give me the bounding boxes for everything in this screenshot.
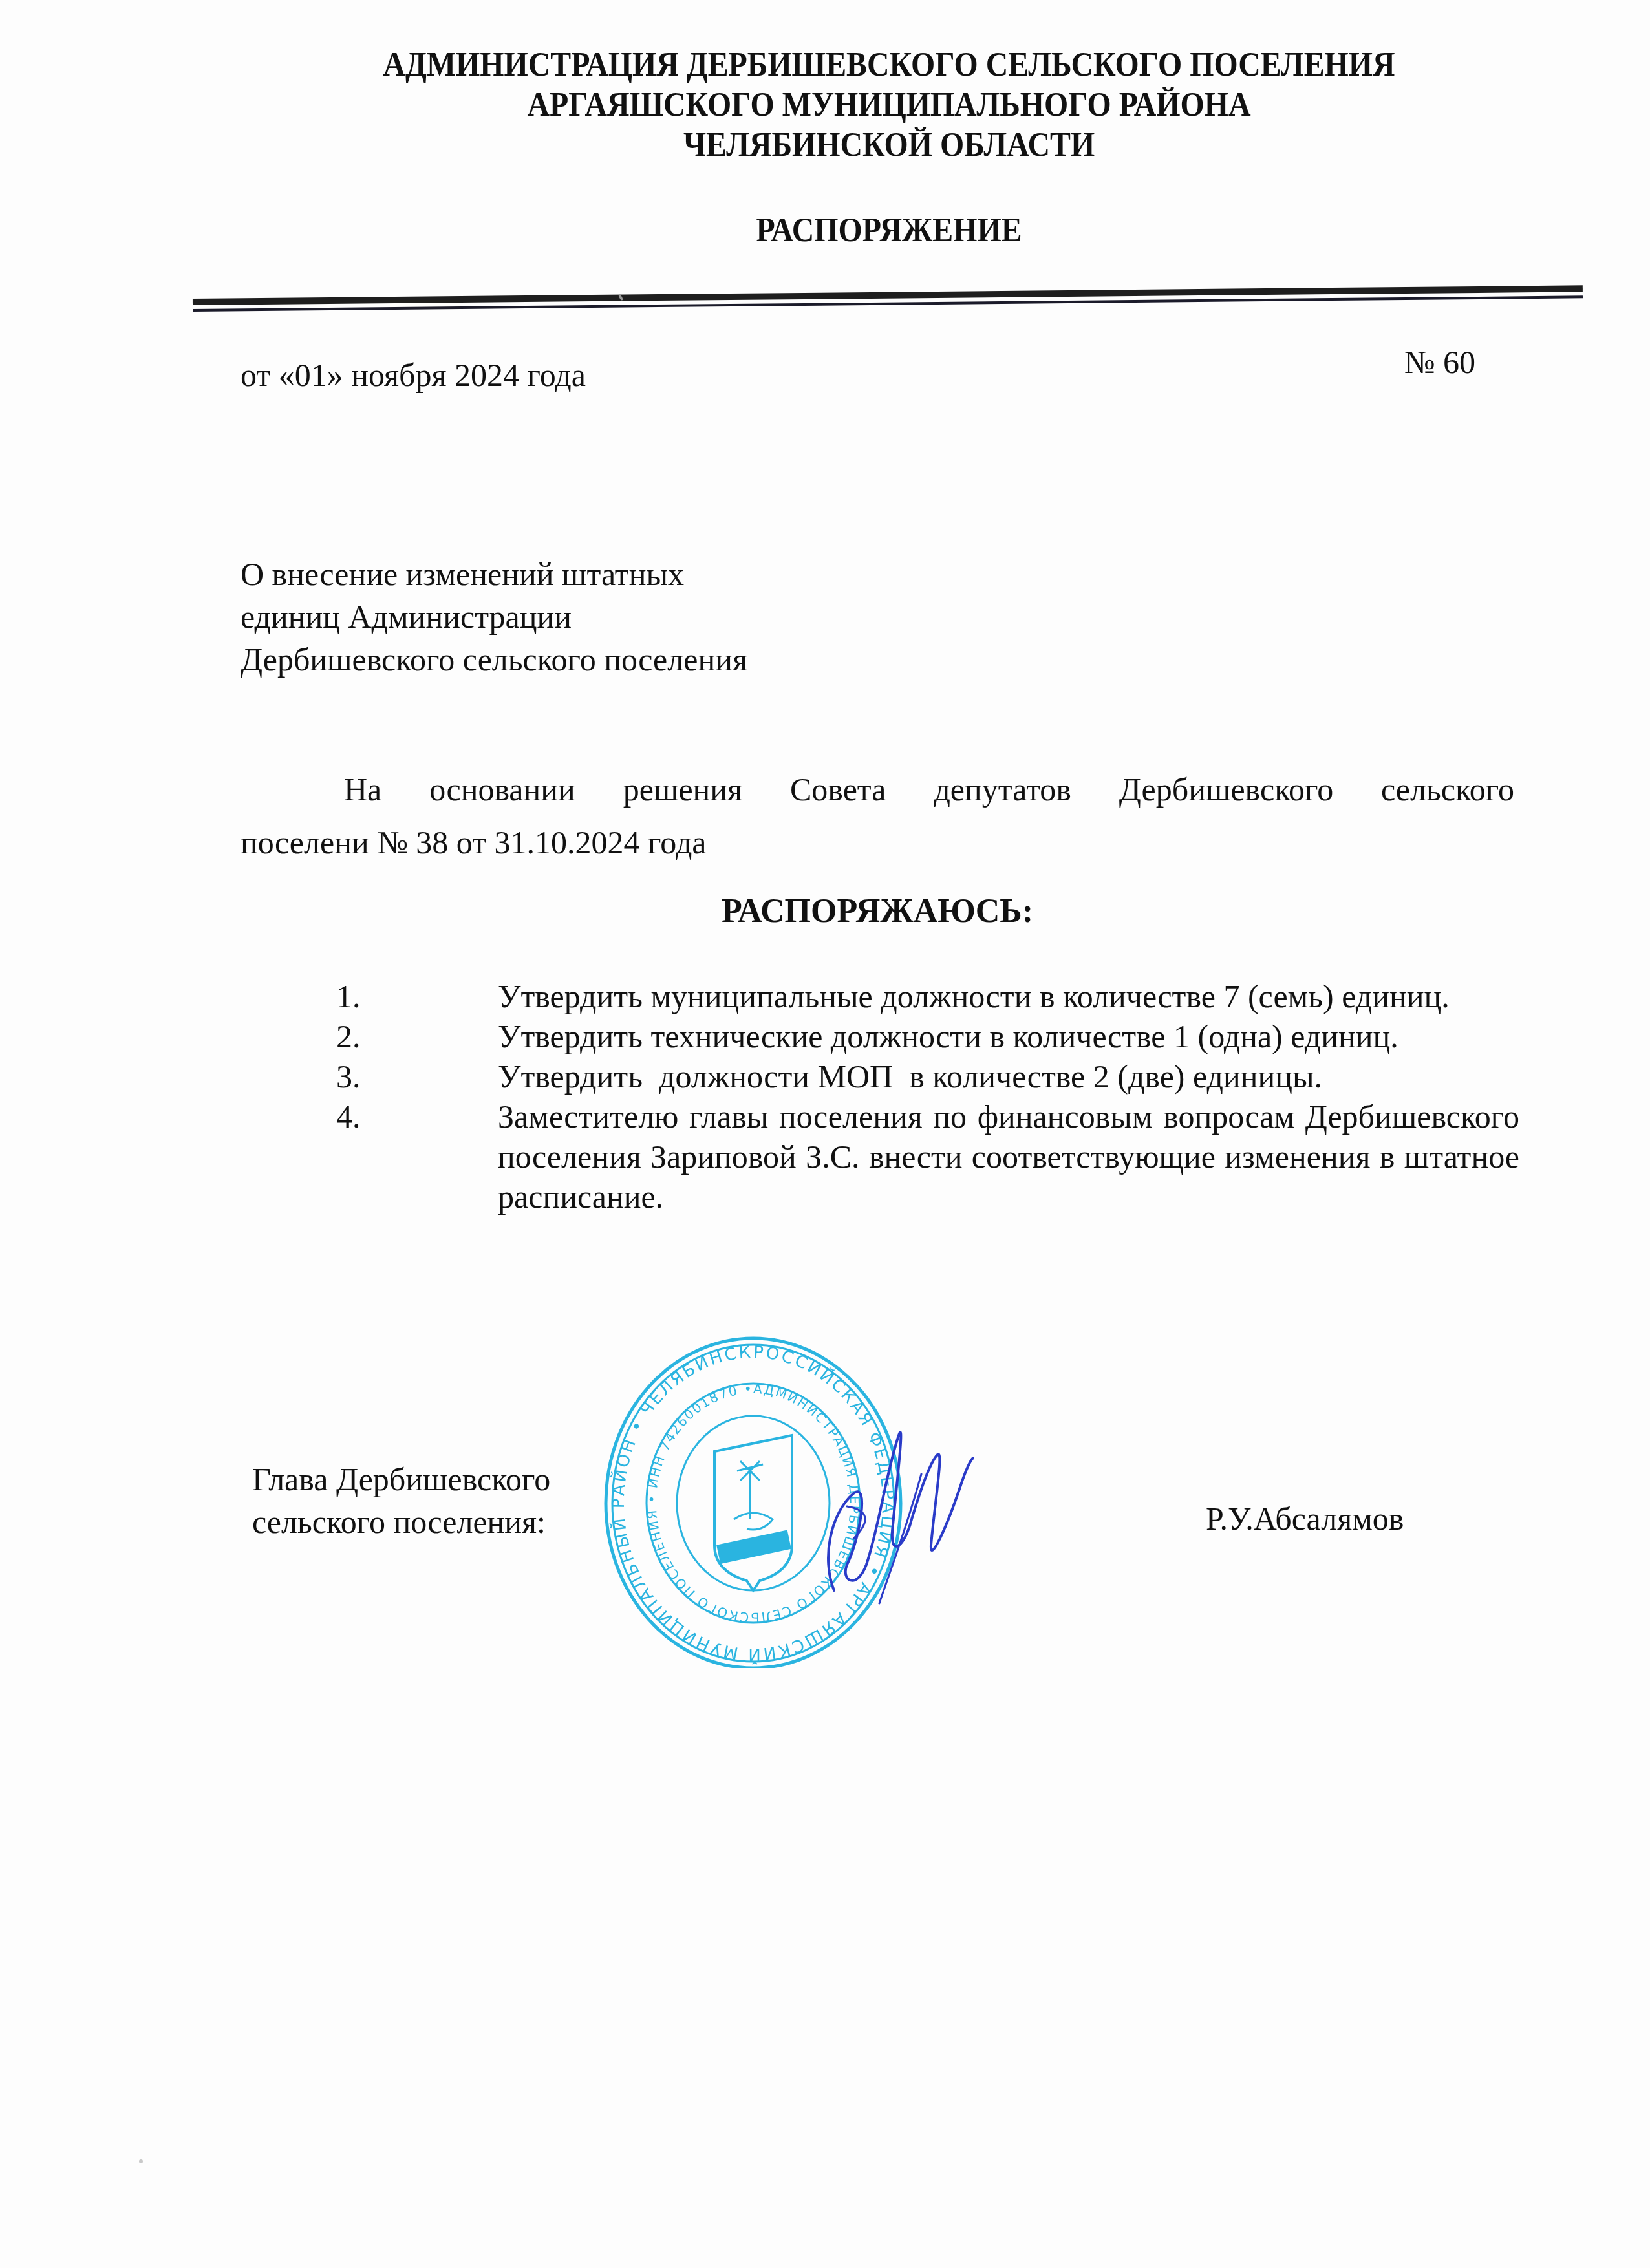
document-header: АДМИНИСТРАЦИЯ ДЕРБИШЕВСКОГО СЕЛЬСКОГО ПО… <box>194 45 1584 251</box>
document-number: № 60 <box>1404 343 1475 381</box>
order-item: 1. Утвердить муниципальные должности в к… <box>336 976 1519 1016</box>
position-line-2: сельского поселения: <box>252 1501 550 1543</box>
scan-speck <box>139 2159 143 2163</box>
position-line-1: Глава Дербишевского <box>252 1458 550 1501</box>
item-number: 2. <box>336 1016 498 1056</box>
item-text: Заместителю главы поселения по финансовы… <box>498 1097 1519 1217</box>
order-item: 2. Утвердить технические должности в кол… <box>336 1016 1519 1056</box>
signatory-position: Глава Дербишевского сельского поселения: <box>252 1458 550 1543</box>
header-line-1: АДМИНИСТРАЦИЯ ДЕРБИШЕВСКОГО СЕЛЬСКОГО ПО… <box>250 45 1528 85</box>
document-type: РАСПОРЯЖЕНИЕ <box>250 211 1528 251</box>
order-item: 4. Заместителю главы поселения по финанс… <box>336 1097 1519 1217</box>
order-items-list: 1. Утвердить муниципальные должности в к… <box>336 976 1519 1217</box>
item-text: Утвердить должности МОП в количестве 2 (… <box>498 1056 1519 1097</box>
document-date: от «01» ноября 2024 года <box>241 356 586 394</box>
subject-line-1: О внесение изменений штатных <box>241 553 747 595</box>
subject-line-2: единиц Администрации <box>241 595 747 638</box>
header-divider <box>193 285 1583 312</box>
document-subject: О внесение изменений штатных единиц Адми… <box>241 553 747 681</box>
basis-line-1: На основании решения Совета депутатов Де… <box>241 763 1514 816</box>
item-number: 4. <box>336 1097 498 1217</box>
item-number: 1. <box>336 976 498 1016</box>
order-item: 3. Утвердить должности МОП в количестве … <box>336 1056 1519 1097</box>
header-line-2: АРГАЯШСКОГО МУНИЦИПАЛЬНОГО РАЙОНА <box>250 85 1528 125</box>
header-line-3: ЧЕЛЯБИНСКОЙ ОБЛАСТИ <box>250 125 1528 166</box>
signatory-name: Р.У.Абсалямов <box>1206 1500 1404 1537</box>
subject-line-3: Дербишевского сельского поселения <box>241 638 747 681</box>
document-page: АДМИНИСТРАЦИЯ ДЕРБИШЕВСКОГО СЕЛЬСКОГО ПО… <box>0 0 1650 2268</box>
order-heading: РАСПОРЯЖАЮСЬ: <box>241 892 1514 930</box>
basis-line-2: поселени № 38 от 31.10.2024 года <box>241 816 1514 869</box>
item-number: 3. <box>336 1056 498 1097</box>
handwritten-signature-icon <box>808 1396 989 1610</box>
item-text: Утвердить технические должности в количе… <box>498 1016 1519 1056</box>
item-text: Утвердить муниципальные должности в коли… <box>498 976 1519 1016</box>
basis-paragraph: На основании решения Совета депутатов Де… <box>241 763 1514 869</box>
